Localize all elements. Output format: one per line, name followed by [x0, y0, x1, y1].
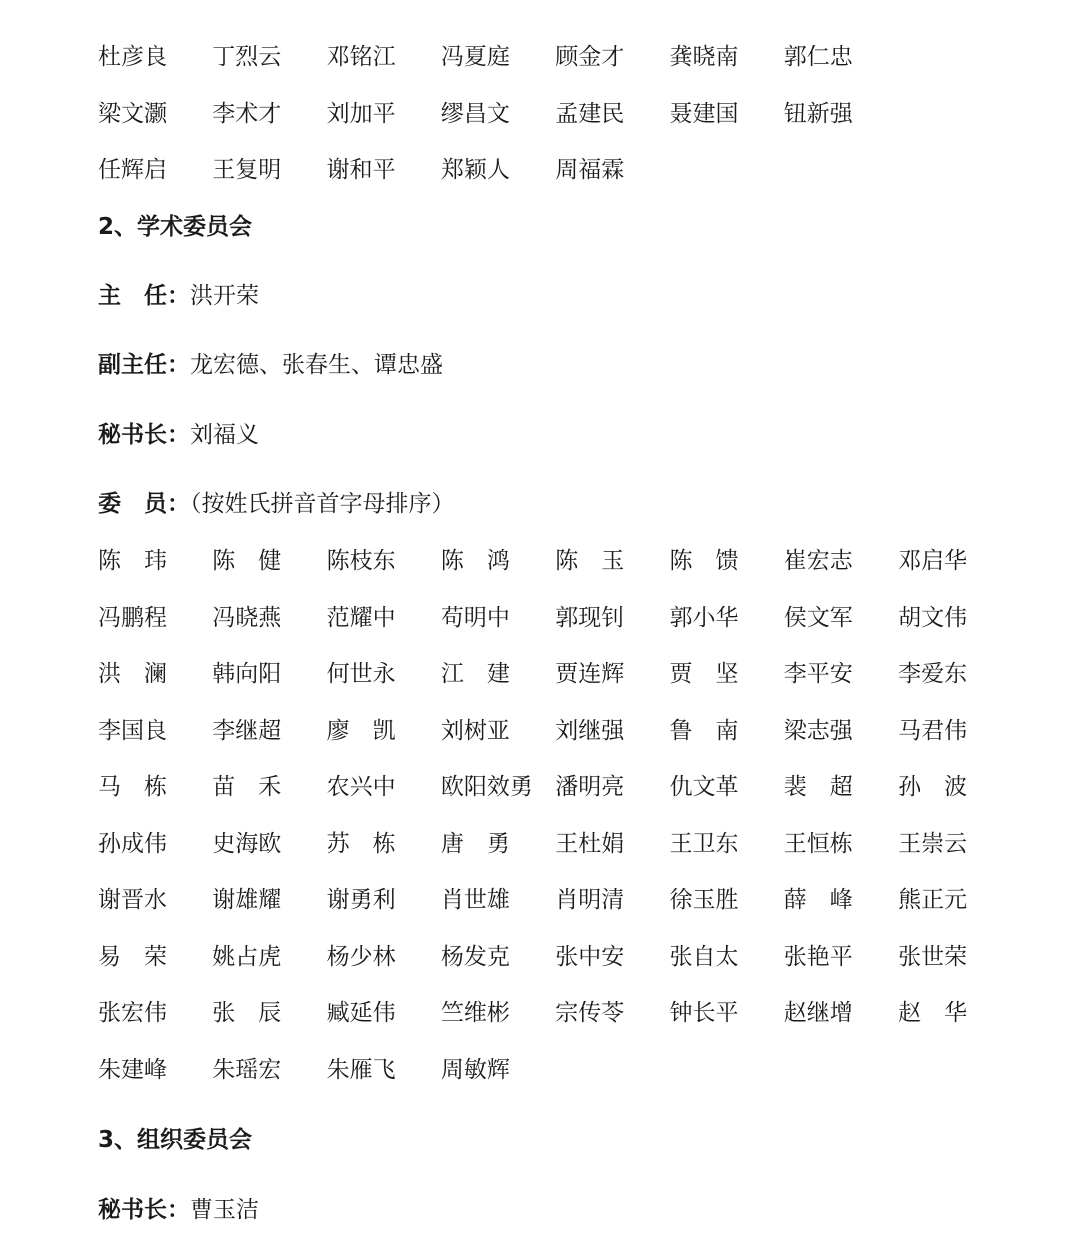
- member-name: 顾金才: [555, 37, 665, 77]
- member-name: 谢勇利: [327, 880, 437, 920]
- member-name: 范耀中: [327, 598, 437, 638]
- member-name: 王复明: [212, 150, 322, 190]
- member-name: 张宏伟: [98, 993, 208, 1033]
- member-name: 陈 玮: [98, 541, 208, 581]
- member-name: 孙成伟: [98, 824, 208, 864]
- member-name: 李继超: [212, 711, 322, 751]
- member-name: 聂建国: [670, 94, 780, 134]
- member-name: 侯文军: [784, 598, 894, 638]
- member-name: 刘树亚: [441, 711, 551, 751]
- member-name: 肖明清: [555, 880, 665, 920]
- member-name: 孙 波: [898, 767, 1008, 807]
- member-name: 欧阳效勇: [441, 767, 551, 807]
- organizing-secretary-name: 曹玉洁: [190, 1197, 259, 1223]
- member-name: 任辉启: [98, 150, 208, 190]
- member-name: 唐 勇: [441, 824, 551, 864]
- member-name: 朱瑶宏: [212, 1050, 322, 1090]
- member-name: 孟建民: [555, 94, 665, 134]
- member-name: 钮新强: [784, 94, 894, 134]
- members-line: 委 员：（按姓氏拼音首字母排序）: [98, 484, 455, 524]
- member-name: 王卫东: [670, 824, 780, 864]
- member-name: 刘继强: [555, 711, 665, 751]
- member-name: 苏 栋: [327, 824, 437, 864]
- member-name: 农兴中: [327, 767, 437, 807]
- organizing-secretary-line: 秘书长：曹玉洁: [98, 1190, 259, 1230]
- member-name: 陈 玉: [555, 541, 665, 581]
- member-name: 杜彦良: [98, 37, 208, 77]
- member-name: 郭小华: [670, 598, 780, 638]
- member-name: 郭仁忠: [784, 37, 894, 77]
- member-name: 冯鹏程: [98, 598, 208, 638]
- member-name: 陈 健: [212, 541, 322, 581]
- member-name: 陈 鸿: [441, 541, 551, 581]
- member-name: 崔宏志: [784, 541, 894, 581]
- member-name: 李平安: [784, 654, 894, 694]
- deputy-director-line: 副主任：龙宏德、张春生、谭忠盛: [98, 345, 443, 385]
- member-name: 马 栋: [98, 767, 208, 807]
- director-name: 洪开荣: [190, 283, 259, 309]
- member-name: 贾连辉: [555, 654, 665, 694]
- member-name: 梁志强: [784, 711, 894, 751]
- member-name: 王杜娟: [555, 824, 665, 864]
- member-name: 裴 超: [784, 767, 894, 807]
- section-heading-organizing-committee: 3、组织委员会: [98, 1120, 252, 1160]
- member-name: 贾 坚: [670, 654, 780, 694]
- members-label: 委 员：: [98, 491, 190, 517]
- member-name: 谢雄耀: [212, 880, 322, 920]
- deputy-director-label: 副主任：: [98, 352, 190, 378]
- member-name: 徐玉胜: [670, 880, 780, 920]
- member-name: 熊正元: [898, 880, 1008, 920]
- member-name: 龚晓南: [670, 37, 780, 77]
- member-name: 钟长平: [670, 993, 780, 1033]
- member-name: 易 荣: [98, 937, 208, 977]
- member-name: 张中安: [555, 937, 665, 977]
- member-name: 肖世雄: [441, 880, 551, 920]
- secretary-general-label: 秘书长：: [98, 422, 190, 448]
- member-name: 宗传苓: [555, 993, 665, 1033]
- member-name: 赵 华: [898, 993, 1008, 1033]
- member-name: 王崇云: [898, 824, 1008, 864]
- member-name: 丁烈云: [212, 37, 322, 77]
- secretary-general-line: 秘书长：刘福义: [98, 415, 259, 455]
- member-name: 胡文伟: [898, 598, 1008, 638]
- member-name: 杨发克: [441, 937, 551, 977]
- member-name: 张自太: [670, 937, 780, 977]
- member-name: 韩向阳: [212, 654, 322, 694]
- member-name: 李国良: [98, 711, 208, 751]
- member-name: 冯夏庭: [441, 37, 551, 77]
- member-name: 李术才: [212, 94, 322, 134]
- member-name: 苗 禾: [212, 767, 322, 807]
- member-name: 周福霖: [555, 150, 665, 190]
- member-name: 谢晋水: [98, 880, 208, 920]
- member-name: 郑颖人: [441, 150, 551, 190]
- member-name: 史海欧: [212, 824, 322, 864]
- member-name: 张世荣: [898, 937, 1008, 977]
- member-name: 朱雁飞: [327, 1050, 437, 1090]
- member-name: 邓铭江: [327, 37, 437, 77]
- member-name: 陈枝东: [327, 541, 437, 581]
- member-name: 谢和平: [327, 150, 437, 190]
- member-name: 苟明中: [441, 598, 551, 638]
- member-name: 姚占虎: [212, 937, 322, 977]
- member-name: 仇文革: [670, 767, 780, 807]
- member-name: 刘加平: [327, 94, 437, 134]
- member-name: 臧延伟: [327, 993, 437, 1033]
- organizing-secretary-label: 秘书长：: [98, 1197, 190, 1223]
- member-name: 梁文灏: [98, 94, 208, 134]
- member-name: 何世永: [327, 654, 437, 694]
- member-name: 杨少林: [327, 937, 437, 977]
- member-name: 缪昌文: [441, 94, 551, 134]
- member-name: 竺维彬: [441, 993, 551, 1033]
- member-name: 冯晓燕: [212, 598, 322, 638]
- member-name: 江 建: [441, 654, 551, 694]
- member-name: 李爱东: [898, 654, 1008, 694]
- secretary-general-name: 刘福义: [190, 422, 259, 448]
- member-name: 鲁 南: [670, 711, 780, 751]
- director-label: 主 任：: [98, 283, 190, 309]
- member-name: 廖 凯: [327, 711, 437, 751]
- director-line: 主 任：洪开荣: [98, 276, 259, 316]
- members-sort-note: （按姓氏拼音首字母排序）: [190, 491, 455, 517]
- member-name: 赵继增: [784, 993, 894, 1033]
- member-name: 潘明亮: [555, 767, 665, 807]
- section-heading-academic-committee: 2、学术委员会: [98, 207, 252, 247]
- member-name: 陈 馈: [670, 541, 780, 581]
- member-name: 张艳平: [784, 937, 894, 977]
- member-name: 周敏辉: [441, 1050, 551, 1090]
- member-name: 郭现钊: [555, 598, 665, 638]
- member-name: 张 辰: [212, 993, 322, 1033]
- member-name: 马君伟: [898, 711, 1008, 751]
- member-name: 朱建峰: [98, 1050, 208, 1090]
- member-name: 王恒栋: [784, 824, 894, 864]
- member-name: 洪 澜: [98, 654, 208, 694]
- member-name: 邓启华: [898, 541, 1008, 581]
- member-name: 薛 峰: [784, 880, 894, 920]
- deputy-director-names: 龙宏德、张春生、谭忠盛: [190, 352, 443, 378]
